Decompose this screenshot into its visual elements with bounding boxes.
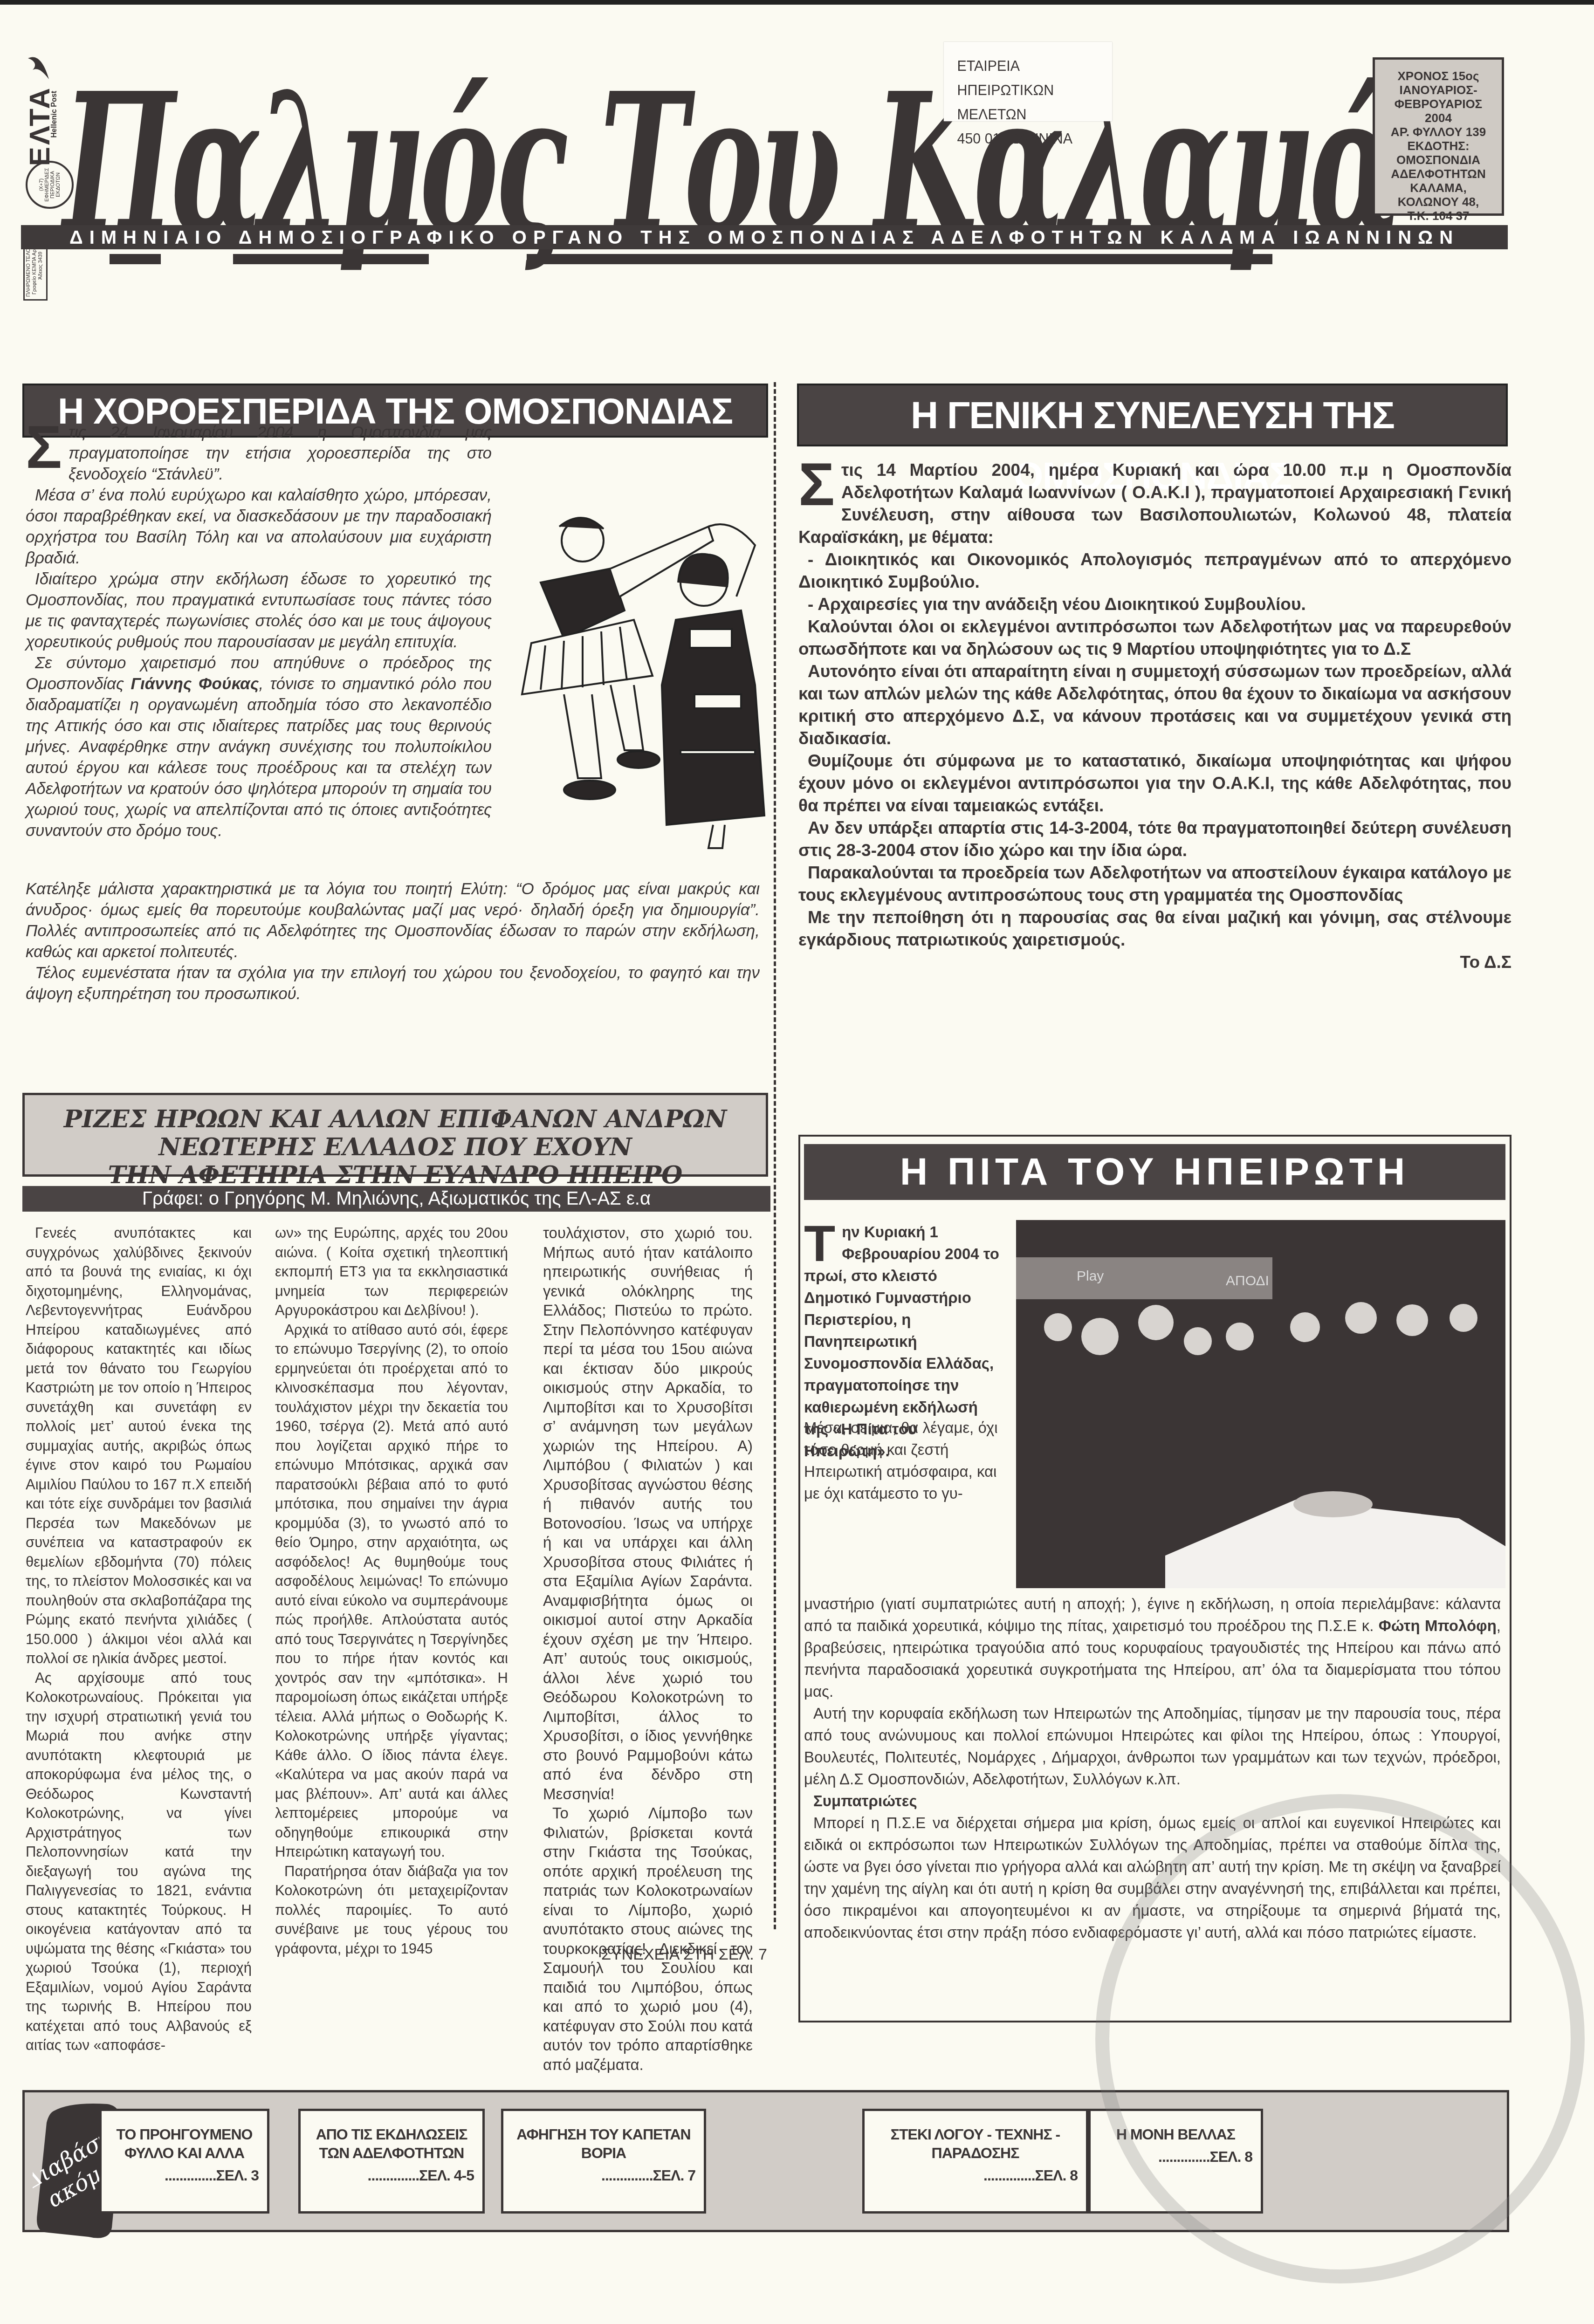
- pita-body: μναστήριο (γιατί συμπατριώτες αυτή η απο…: [804, 1593, 1501, 1943]
- title-underline: [233, 254, 429, 264]
- masthead-banner: ΔΙΜΗΝΙΑΙΟ ΔΗΜΟΣΙΟΓΡΑΦΙΚΟ ΟΡΓΑΝΟ ΤΗΣ ΟΜΟΣ…: [21, 225, 1508, 249]
- paragraph: Ιδιαίτερο χρώμα στην εκδήλωση έδωσε το χ…: [26, 569, 492, 652]
- paragraph: Καλούνται όλοι οι εκλεγμένοι αντιπρόσωπο…: [798, 616, 1512, 660]
- issue-month: ΦΕΒΡΟΥΑΡΙΟΣ: [1375, 97, 1502, 111]
- read-more-item[interactable]: ΑΦΗΓΗΣΗ ΤΟΥ ΚΑΠΕΤΑΝ ΒΟΡΙΑ..............Σ…: [501, 2109, 706, 2214]
- issue-info-box: ΧΡΟΝΟΣ 15ος ΙΑΝΟΥΑΡΙΟΣ- ΦΕΒΡΟΥΑΡΙΟΣ 2004…: [1373, 57, 1504, 216]
- item-page: ..............ΣΕΛ. 8: [865, 2166, 1086, 2185]
- article-dance-body: Σ τις 24 Ιανουαρίου 2004 η Ομοσπονδία μα…: [26, 422, 492, 841]
- address-line: ΜΕΛΕΤΩΝ: [957, 102, 1113, 126]
- item-page: ..............ΣΕΛ. 4-5: [301, 2166, 482, 2185]
- elta-postal-logo: ΕΛΤΑ Hellenic Post: [23, 54, 51, 172]
- paragraph: τις 24 Ιανουαρίου 2004 η Ομοσπονδία μας …: [26, 422, 492, 485]
- issue-year: ΧΡΟΝΟΣ 15ος: [1375, 69, 1502, 83]
- signature: Το Δ.Σ: [798, 951, 1512, 973]
- roots-column-1: Γενεές ανυπότακτες και συγχρόνως χαλύβδι…: [26, 1223, 252, 2055]
- paragraph: Αρχικά το ατίθασο αυτό σόι, έφερε το επώ…: [275, 1320, 508, 1862]
- dropcap: Τ: [804, 1223, 835, 1265]
- paragraph: Σε σύντομο χαιρετισμό που απηύθυνε ο πρό…: [26, 652, 492, 841]
- publisher-line: ΚΑΛΑΜΑ,: [1375, 181, 1502, 195]
- photo-sign: Play: [1077, 1268, 1104, 1284]
- paragraph: Αυτονόητο είναι ότι απαραίτητη είναι η σ…: [798, 660, 1512, 750]
- paragraph: τις 14 Μαρτίου 2004, ημέρα Κυριακή και ώ…: [798, 459, 1512, 548]
- dropcap: Σ: [798, 461, 835, 507]
- item-title: ΤΟ ΠΡΟΗΓΟΥΜΕΝΟ ΦΥΛΛΟ ΚΑΙ ΑΛΛΑ: [117, 2126, 253, 2161]
- continued-link[interactable]: ΣΥΝΕΧΕΙΑ ΣΤΗ ΣΕΛ. 7: [601, 1946, 767, 1964]
- item-page: ..............ΣΕΛ. 3: [102, 2166, 267, 2185]
- headline-assembly: Η ΓΕΝΙΚΗ ΣΥΝΕΛΕΥΣΗ ΤΗΣ ΟΜΟΣΠΟΝΔΙΑΣ: [797, 384, 1508, 446]
- paragraph: μναστήριο (γιατί συμπατριώτες αυτή η απο…: [804, 1593, 1501, 1702]
- headline-line: ΡΙΖΕΣ ΗΡΩΩΝ ΚΑΙ ΑΛΛΩΝ ΕΠΙΦΑΝΩΝ ΑΝΔΡΩΝ: [25, 1105, 766, 1133]
- subheading: Συμπατριώτες: [804, 1790, 1501, 1812]
- address-line: 450 01 ΙΩΑΝΝΙΝΑ: [957, 126, 1113, 151]
- headline-pita: Η ΠΙΤΑ ΤΟΥ ΗΠΕΙΡΩΤΗ: [804, 1144, 1505, 1200]
- address-label: ΕΤΑΙΡΕΙΑ ΗΠΕΙΡΩΤΙΚΩΝ ΜΕΛΕΤΩΝ 450 01 ΙΩΑΝ…: [944, 42, 1112, 121]
- article-assembly-body: Σ τις 14 Μαρτίου 2004, ημέρα Κυριακή και…: [798, 459, 1512, 973]
- paragraph: ων» της Ευρώπης, αρχές του 20ου αιώνα. (…: [275, 1223, 508, 1320]
- bird-icon: [23, 54, 51, 86]
- paragraph: Παρακαλούνται τα προεδρεία των Αδελφοτήτ…: [798, 862, 1512, 906]
- dropcap: Σ: [26, 424, 62, 470]
- paragraph: τουλάχιστον, στο χωριό του. Μήπως αυτό ή…: [543, 1223, 753, 1803]
- pita-paragraph-start: Μέσα, σε μια, θα λέγαμε, όχι τόσο θερμή …: [804, 1417, 1004, 1504]
- read-more-item[interactable]: ΣΤΕΚΙ ΛΟΓΟΥ - ΤΕΧΝΗΣ - ΠΑΡΑΔΟΣΗΣ........…: [862, 2109, 1088, 2214]
- paragraph: Αυτή την κορυφαία εκδήλωση των Ηπειρωτών…: [804, 1702, 1501, 1790]
- paragraph: Παρατήρησα όταν διάβαζα για τον Κολοκοτρ…: [275, 1862, 508, 1959]
- publisher-label: ΕΚΔΟΤΗΣ:: [1375, 139, 1502, 153]
- paragraph: Θυμίζουμε ότι σύμφωνα με το καταστατικό,…: [798, 750, 1512, 817]
- item-title: ΑΠΟ ΤΙΣ ΕΚΔΗΛΩΣΕΙΣ ΤΩΝ ΑΔΕΛΦΟΤΗΤΩΝ: [316, 2126, 467, 2161]
- read-more-item[interactable]: ΑΠΟ ΤΙΣ ΕΚΔΗΛΩΣΕΙΣ ΤΩΝ ΑΔΕΛΦΟΤΗΤΩΝ......…: [298, 2109, 485, 2214]
- item-page: ..............ΣΕΛ. 8: [1091, 2147, 1261, 2166]
- author-byline: Γράφει: ο Γρηγόρης Μ. Μηλιώνης, Αξιωματι…: [22, 1186, 770, 1212]
- publisher-postcode: Τ.Κ. 104 37: [1375, 209, 1502, 223]
- president-name: Γιάννης Φούκας: [131, 675, 259, 693]
- paragraph: Το χωριό Λίμποβο των Φιλιατών, βρίσκεται…: [543, 1803, 753, 2074]
- agenda-item: - Αρχαιρεσίες για την ανάδειξη νέου Διοι…: [798, 593, 1512, 616]
- column-divider: [774, 382, 776, 1929]
- read-more-item[interactable]: Η ΜΟΝΗ ΒΕΛΛΑΣ..............ΣΕΛ. 8: [1088, 2109, 1263, 2214]
- paragraph: Μέσα σ’ ένα πολύ ευρύχωρο και καλαίσθητο…: [26, 485, 492, 569]
- address-line: ΕΤΑΙΡΕΙΑ ΗΠΕΙΡΩΤΙΚΩΝ: [957, 54, 1113, 102]
- paragraph: Ας αρχίσουμε από τους Κολοκοτρωναίους. Π…: [26, 1668, 252, 2055]
- title-underline: [527, 254, 1272, 264]
- item-title: ΣΤΕΚΙ ΛΟΓΟΥ - ΤΕΧΝΗΣ - ΠΑΡΑΔΟΣΗΣ: [891, 2126, 1060, 2161]
- headline-roots: ΡΙΖΕΣ ΗΡΩΩΝ ΚΑΙ ΑΛΛΩΝ ΕΠΙΦΑΝΩΝ ΑΝΔΡΩΝ ΝΕ…: [22, 1093, 768, 1177]
- agenda-item: - Διοικητικός και Οικονομικός Απολογισμό…: [798, 548, 1512, 593]
- president-name: Φώτη Μπολόφη: [1379, 1617, 1497, 1634]
- svg-text:ΑΠΟΔΙ: ΑΠΟΔΙ: [1226, 1273, 1269, 1289]
- publisher-line: ΟΜΟΣΠΟΝΔΙΑ: [1375, 153, 1502, 167]
- elta-subtext: Hellenic Post: [50, 91, 59, 137]
- scan-top-edge: [0, 0, 1594, 5]
- item-title: Η ΜΟΝΗ ΒΕΛΛΑΣ: [1116, 2126, 1235, 2143]
- paragraph: Με την πεποίθηση ότι η παρουσίας σας θα …: [798, 906, 1512, 951]
- dancers-illustration: [513, 489, 774, 1002]
- paragraph: Μπορεί η Π.Σ.Ε να διέρχεται σήμερα μια κ…: [804, 1812, 1501, 1943]
- publisher-line: ΑΔΕΛΦΟΤΗΤΩΝ: [1375, 167, 1502, 181]
- folk-dancers-icon: [513, 489, 774, 871]
- cake-cutting-photo-icon: Play ΑΠΟΔΙ: [1016, 1220, 1505, 1588]
- pita-photo: Play ΑΠΟΔΙ: [1016, 1220, 1505, 1588]
- paragraph: Γενεές ανυπότακτες και συγχρόνως χαλύβδι…: [26, 1223, 252, 1668]
- headline-line: ΤΗΝ ΑΦΕΤΗΡΙΑ ΣΤΗΝ ΕΥΑΝΔΡΟ ΗΠΕΙΡΟ: [25, 1161, 766, 1189]
- issue-number: ΑΡ. ΦΥΛΛΟΥ 139: [1375, 125, 1502, 139]
- issue-date-year: 2004: [1375, 111, 1502, 125]
- roots-column-2: ων» της Ευρώπης, αρχές του 20ου αιώνα. (…: [275, 1223, 508, 1958]
- item-page: ..............ΣΕΛ. 7: [503, 2166, 704, 2185]
- headline-line: ΝΕΩΤΕΡΗΣ ΕΛΛΑΔΟΣ ΠΟΥ ΕΧΟΥΝ: [25, 1133, 766, 1161]
- issue-month: ΙΑΝΟΥΑΡΙΟΣ-: [1375, 83, 1502, 97]
- title-underline: [110, 254, 161, 264]
- paragraph: Αν δεν υπάρξει απαρτία στις 14-3-2004, τ…: [798, 817, 1512, 862]
- publisher-address: ΚΟΛΩΝΟΥ 48,: [1375, 195, 1502, 209]
- read-more-item[interactable]: ΤΟ ΠΡΟΗΓΟΥΜΕΝΟ ΦΥΛΛΟ ΚΑΙ ΑΛΛΑ...........…: [99, 2109, 269, 2214]
- item-title: ΑΦΗΓΗΣΗ ΤΟΥ ΚΑΠΕΤΑΝ ΒΟΡΙΑ: [516, 2126, 690, 2161]
- text: , τόνισε το σημαντικό ρόλο που διαδραματ…: [26, 675, 492, 840]
